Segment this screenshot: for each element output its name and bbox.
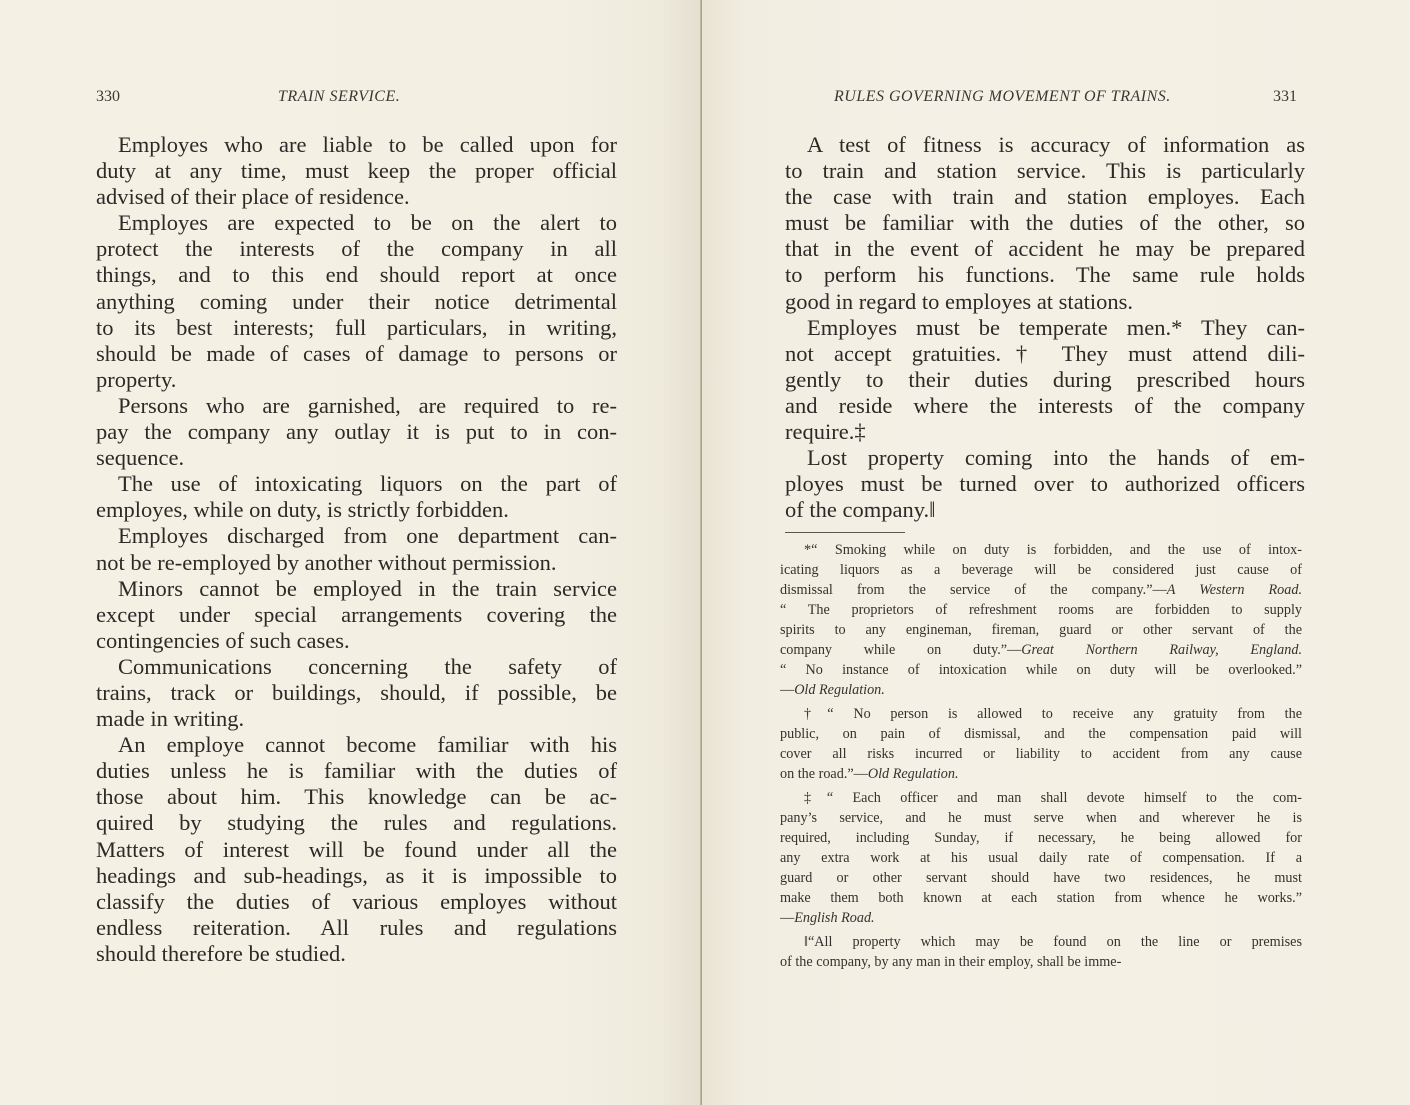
footnote-line: icating liquors as a beverage will be co…	[780, 560, 1302, 580]
footnotes: *“ Smoking while on duty is forbidden, a…	[780, 540, 1302, 976]
text-line: should therefore be studied.	[96, 941, 617, 967]
paragraph: The use of intoxicating liquors on the p…	[96, 471, 617, 523]
footnote-line: spirits to any engineman, fireman, guard…	[780, 620, 1302, 640]
text-line: that in the event of accident he may be …	[785, 236, 1305, 262]
paragraph: Employes who are liable to be called upo…	[96, 132, 617, 210]
text-line: sequence.	[96, 445, 617, 471]
text-line: except under special arrangements coveri…	[96, 602, 617, 628]
text-line: pay the company any outlay it is put to …	[96, 419, 617, 445]
footnote-line: dismissal from the service of the compan…	[780, 580, 1302, 600]
text-line: to train and station service. This is pa…	[785, 158, 1305, 184]
footnote-line: ‖“All property which may be found on the…	[780, 932, 1302, 952]
right-page-body: A test of fitness is accuracy of informa…	[785, 132, 1305, 523]
text-line: must be familiar with the duties of the …	[785, 210, 1305, 236]
text-line: quired by studying the rules and regulat…	[96, 810, 617, 836]
footnote: ‡“ Each officer and man shall devote him…	[780, 788, 1302, 928]
text-line: protect the interests of the company in …	[96, 236, 617, 262]
paragraph: Employes must be temperate men.* They ca…	[785, 315, 1305, 445]
text-line: of the company.‖	[785, 497, 1305, 523]
footnote-source: Great Northern Railway, England.	[1021, 642, 1302, 658]
right-running-head: RULES GOVERNING MOVEMENT OF TRAINS.	[834, 88, 1171, 106]
text-line: An employe cannot become familiar with h…	[96, 732, 617, 758]
footnote-line: “ The proprietors of refreshment rooms a…	[780, 600, 1302, 620]
footnote: †“ No person is allowed to receive any g…	[780, 704, 1302, 784]
text-line: trains, track or buildings, should, if p…	[96, 680, 617, 706]
footnote-line: make them both known at each station fro…	[780, 888, 1302, 908]
footnote-line: required, including Sunday, if necessary…	[780, 828, 1302, 848]
text-line: Minors cannot be employed in the train s…	[96, 576, 617, 602]
footnote-line: on the road.”—Old Regulation.	[780, 764, 1302, 784]
footnote-line: †“ No person is allowed to receive any g…	[780, 704, 1302, 724]
text-line: Lost property coming into the hands of e…	[785, 445, 1305, 471]
text-line: should be made of cases of damage to per…	[96, 341, 617, 367]
text-line: not be re-employed by another without pe…	[96, 550, 617, 576]
text-line: to its best interests; full particulars,…	[96, 315, 617, 341]
footnote-source: Old Regulation.	[868, 766, 959, 782]
footnote-line: “ No instance of intoxication while on d…	[780, 660, 1302, 680]
paragraph: Communications concerning the safety oft…	[96, 654, 617, 732]
footnote-source: Old Regulation.	[794, 682, 885, 698]
paragraph: Employes are expected to be on the alert…	[96, 210, 617, 393]
footnote-line: *“ Smoking while on duty is forbidden, a…	[780, 540, 1302, 560]
left-page-number: 330	[96, 88, 120, 106]
text-line: those about him. This knowledge can be a…	[96, 784, 617, 810]
paragraph: Employes discharged from one department …	[96, 523, 617, 575]
footnote-line: of the company, by any man in their empl…	[780, 952, 1302, 972]
text-line: Communications concerning the safety of	[96, 654, 617, 680]
book-spread: 330 TRAIN SERVICE. Employes who are liab…	[0, 0, 1410, 1105]
text-line: gently to their duties during prescribed…	[785, 367, 1305, 393]
text-line: Persons who are garnished, are required …	[96, 393, 617, 419]
footnote-line: public, on pain of dismissal, and the co…	[780, 724, 1302, 744]
paragraph: An employe cannot become familiar with h…	[96, 732, 617, 967]
text-line: advised of their place of residence.	[96, 184, 617, 210]
text-line: good in regard to employes at stations.	[785, 289, 1305, 315]
footnote-separator-rule	[785, 532, 905, 533]
text-line: ployes must be turned over to authorized…	[785, 471, 1305, 497]
text-line: Employes are expected to be on the alert…	[96, 210, 617, 236]
footnote-line: ‡“ Each officer and man shall devote him…	[780, 788, 1302, 808]
text-line: made in writing.	[96, 706, 617, 732]
text-line: the case with train and station employes…	[785, 184, 1305, 210]
footnote: *“ Smoking while on duty is forbidden, a…	[780, 540, 1302, 700]
paragraph: Lost property coming into the hands of e…	[785, 445, 1305, 523]
footnote-line: —Old Regulation.	[780, 680, 1302, 700]
text-line: Matters of interest will be found under …	[96, 837, 617, 863]
footnote-line: cover all risks incurred or liability to…	[780, 744, 1302, 764]
text-line: contingencies of such cases.	[96, 628, 617, 654]
footnote-source: A Western Road.	[1167, 582, 1302, 598]
text-line: Employes must be temperate men.* They ca…	[785, 315, 1305, 341]
paragraph: Persons who are garnished, are required …	[96, 393, 617, 471]
text-line: duties unless he is familiar with the du…	[96, 758, 617, 784]
left-page-body: Employes who are liable to be called upo…	[96, 132, 617, 967]
right-page-number: 331	[1273, 88, 1297, 106]
footnote-line: guard or other servant should have two r…	[780, 868, 1302, 888]
text-line: headings and sub-headings, as it is impo…	[96, 863, 617, 889]
paragraph: Minors cannot be employed in the train s…	[96, 576, 617, 654]
text-line: duty at any time, must keep the proper o…	[96, 158, 617, 184]
text-line: Employes who are liable to be called upo…	[96, 132, 617, 158]
left-running-head: TRAIN SERVICE.	[278, 88, 400, 106]
text-line: and reside where the interests of the co…	[785, 393, 1305, 419]
footnote-line: —English Road.	[780, 908, 1302, 928]
left-page: 330 TRAIN SERVICE. Employes who are liab…	[0, 0, 702, 1105]
text-line: endless reiteration. All rules and regul…	[96, 915, 617, 941]
text-line: not accept gratuities.† They must attend…	[785, 341, 1305, 367]
text-line: Employes discharged from one department …	[96, 523, 617, 549]
text-line: The use of intoxicating liquors on the p…	[96, 471, 617, 497]
text-line: employes, while on duty, is strictly for…	[96, 497, 617, 523]
footnote: ‖“All property which may be found on the…	[780, 932, 1302, 972]
text-line: anything coming under their notice detri…	[96, 289, 617, 315]
text-line: require.‡	[785, 419, 1305, 445]
paragraph: A test of fitness is accuracy of informa…	[785, 132, 1305, 315]
text-line: classify the duties of various employes …	[96, 889, 617, 915]
footnote-source: English Road.	[794, 910, 874, 926]
text-line: property.	[96, 367, 617, 393]
text-line: A test of fitness is accuracy of informa…	[785, 132, 1305, 158]
footnote-line: any extra work at his usual daily rate o…	[780, 848, 1302, 868]
text-line: things, and to this end should report at…	[96, 262, 617, 288]
text-line: to perform his functions. The same rule …	[785, 262, 1305, 288]
footnote-line: company while on duty.”—Great Northern R…	[780, 640, 1302, 660]
footnote-line: pany’s service, and he must serve when a…	[780, 808, 1302, 828]
